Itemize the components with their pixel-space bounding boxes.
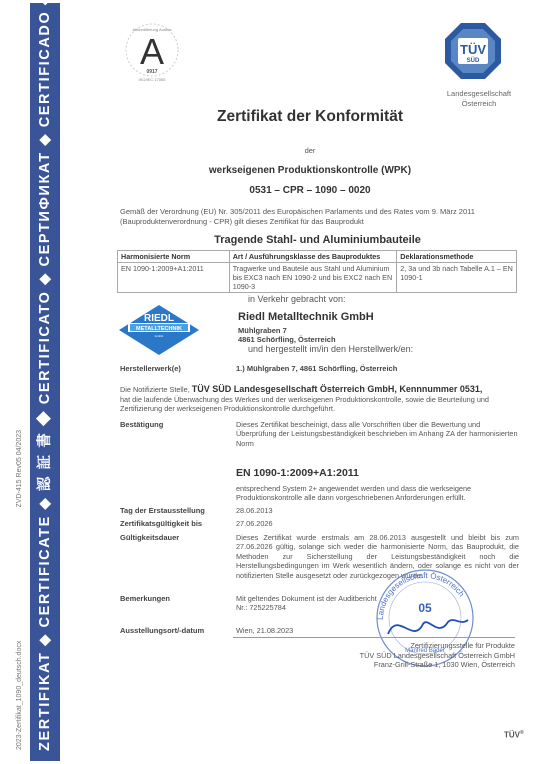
issuer-block: Zertifizierungsstelle für Produkte TÜV S… [300, 641, 515, 670]
confirmation-label: Bestätigung [120, 420, 163, 429]
plants-value: 1.) Mühlgraben 7, 4861 Schörfling, Öster… [236, 364, 397, 373]
header-subtitle: werkseigenen Produktionskontrolle (WPK) [150, 165, 470, 176]
issue-place-date-label: Ausstellungsort/-datum [120, 626, 204, 635]
document-revision: ZVD-415 Rev05 04/2023 [16, 430, 28, 507]
svg-text:0917: 0917 [146, 69, 157, 75]
product-name: Tragende Stahl- und Aluminiumbauteile [120, 234, 515, 246]
svg-text:05: 05 [418, 601, 432, 615]
validity-label: Gültigkeitsdauer [120, 533, 179, 542]
svg-text:A: A [140, 31, 164, 72]
side-band-text: ZERTIFIKAT ◆ CERTIFICATE ◆ 認 証 書 ◆ CERTI… [30, 3, 60, 761]
confirmation-text: Dieses Zertifikat bescheinigt, dass alle… [236, 420, 519, 448]
signature-line [233, 637, 515, 638]
notified-body-statement: Die Notifizierte Stelle, TÜV SÜD Landesg… [120, 385, 520, 414]
notified-body-name: TÜV SÜD Landesgesellschaft Österreich Gm… [192, 384, 483, 394]
certificate-side-band: ZERTIFIKAT ◆ CERTIFICATE ◆ 認 証 書 ◆ CERTI… [30, 3, 60, 761]
table-row: EN 1090-1:2009+A1:2011 Tragwerke und Bau… [118, 263, 517, 293]
svg-text:METALLTECHNIK: METALLTECHNIK [136, 326, 182, 332]
table-header: Deklarationsmethode [397, 251, 517, 263]
first-issue-value: 28.06.2013 [236, 506, 519, 515]
remarks-label: Bemerkungen [120, 594, 170, 603]
table-cell: EN 1090-1:2009+A1:2011 [118, 263, 230, 293]
valid-until-label: Zertifikatsgültigkeit bis [120, 519, 202, 528]
document-reference: 2023-Zertifikat_1090_deutsch.docx ZVD-41… [16, 430, 28, 750]
page-title: Zertifikat der Konformität [150, 108, 470, 126]
plants-label: Herstellerwerk(e) [120, 364, 181, 373]
svg-text:SÜD: SÜD [467, 57, 480, 64]
document-file-name: 2023-Zertifikat_1090_deutsch.docx [16, 641, 28, 750]
svg-text:RIEDL: RIEDL [144, 313, 174, 324]
accreditation-austria-logo: Akkreditierung Austria A 0917 ISO/IEC 17… [122, 20, 182, 86]
norm-table: Harmonisierte Norm Art / Ausführungsklas… [117, 250, 517, 293]
header-der: der [150, 146, 470, 155]
table-header: Art / Ausführungsklasse des Bauproduktes [229, 251, 397, 263]
tuv-caption-line1: Landesgesellschaft [444, 89, 514, 99]
table-cell: 2, 3a und 3b nach Tabelle A.1 – EN 1090-… [397, 263, 517, 293]
table-cell: Tragwerke und Bauteile aus Stahl und Alu… [229, 263, 397, 293]
confirmation-text-2: entsprechend System 2+ angewendet werden… [236, 484, 519, 503]
produced-in-label: und hergestellt im/in den Herstellwerk/e… [248, 344, 413, 354]
placed-by-label: in Verkehr gebracht von: [248, 294, 346, 304]
manufacturer-street: Mühlgraben 7 [238, 326, 287, 335]
table-header: Harmonisierte Norm [118, 251, 230, 263]
tuv-octagon-icon: TÜV SÜD [444, 22, 502, 80]
issue-place-date-value: Wien, 21.08.2023 [236, 626, 519, 635]
harmonized-norm: EN 1090-1:2009+A1:2011 [236, 467, 359, 479]
intro-text: Gemäß der Verordnung (EU) Nr. 305/2011 d… [120, 207, 515, 227]
tuv-sud-logo: TÜV SÜD Landesgesellschaft Österreich [444, 22, 514, 109]
certificate-number: 0531 – CPR – 1090 – 0020 [150, 185, 470, 196]
tuv-footer-mark: TÜV® [504, 730, 524, 740]
manufacturer-name: Riedl Metalltechnik GmbH [238, 311, 374, 323]
svg-text:GmbH: GmbH [155, 334, 164, 338]
manufacturer-city: 4861 Schörfling, Österreich [238, 335, 336, 344]
svg-text:ISO/IEC 17065: ISO/IEC 17065 [139, 77, 167, 82]
riedl-metalltechnik-logo: RIEDL METALLTECHNIK GmbH [118, 304, 200, 356]
svg-text:TÜV: TÜV [460, 42, 486, 57]
first-issue-label: Tag der Erstausstellung [120, 506, 205, 515]
valid-until-value: 27.06.2026 [236, 519, 519, 528]
